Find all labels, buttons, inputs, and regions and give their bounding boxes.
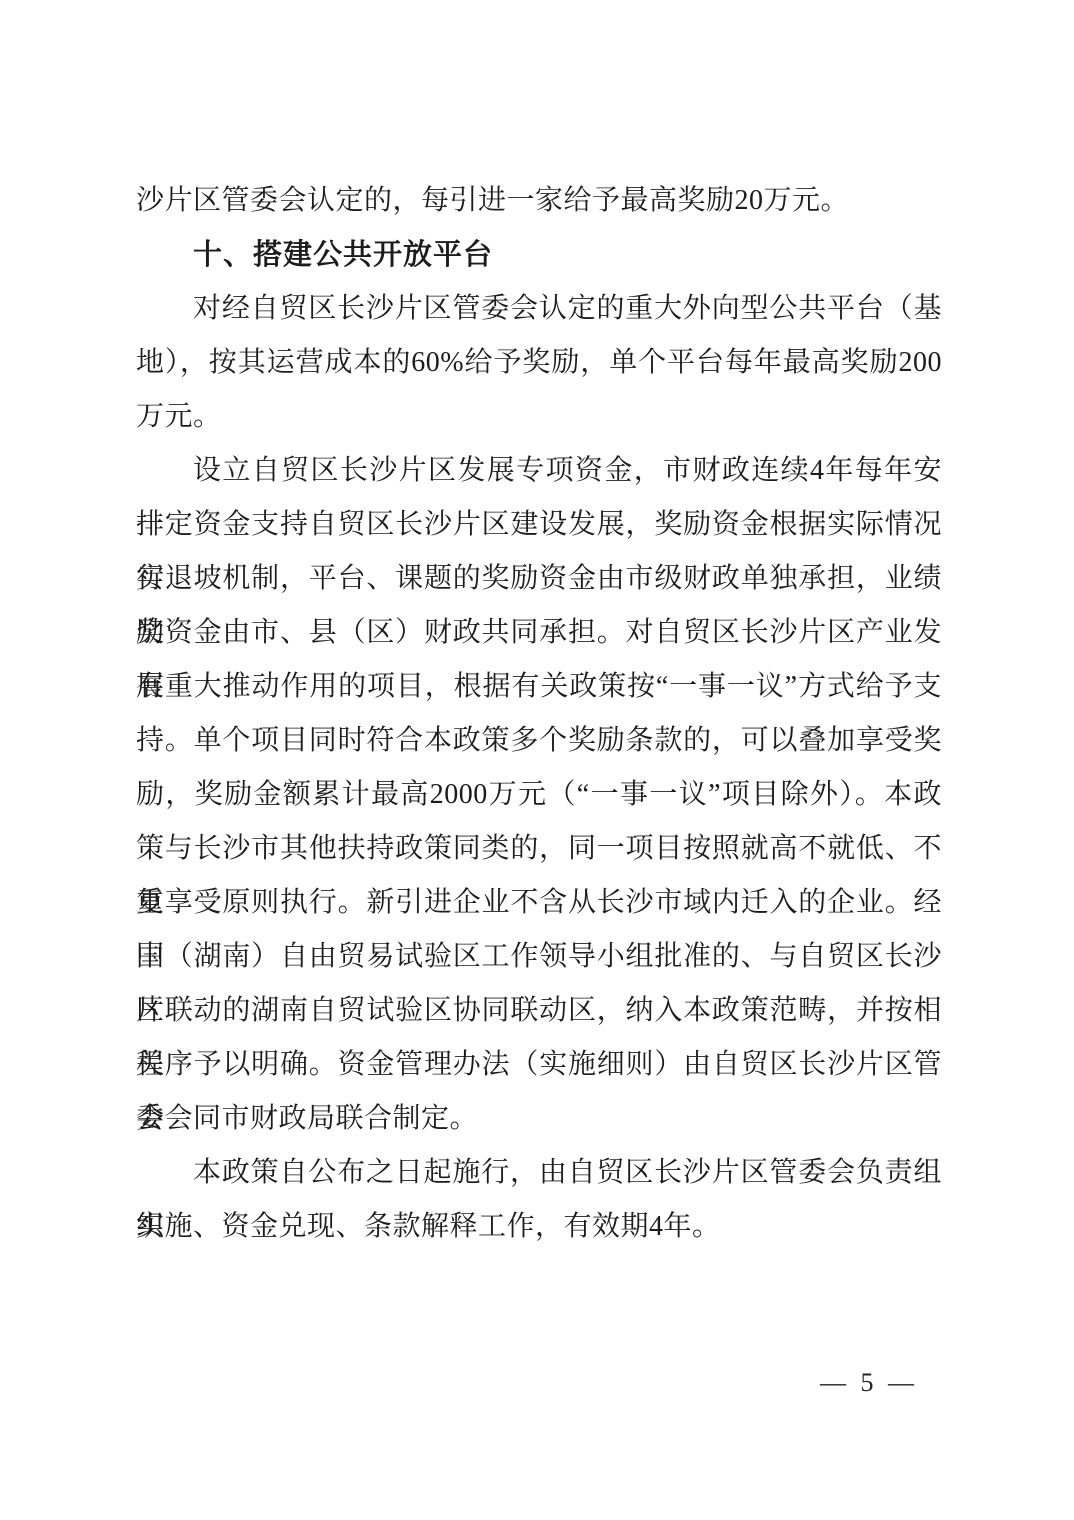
text-line: 励，奖励金额累计最高2000万元（“一事一议”项目除外）。本政 [136, 768, 942, 822]
text-line: 设立自贸区长沙片区发展专项资金，市财政连续4年每年安排 [136, 444, 942, 498]
text-line: 有重大推动作用的项目，根据有关政策按“一事一议”方式给予支 [136, 660, 942, 714]
text-line: 行退坡机制，平台、课题的奖励资金由市级财政单独承担，业绩奖 [136, 552, 942, 606]
text-line: 实施、资金兑现、条款解释工作，有效期4年。 [136, 1200, 942, 1254]
text-line: 万元。 [136, 390, 942, 444]
document-text-block: 沙片区管委会认定的，每引进一家给予最高奖励20万元。 十、搭建公共开放平台 对经… [136, 174, 942, 1254]
text-line: 对经自贸区长沙片区管委会认定的重大外向型公共平台（基 [136, 282, 942, 336]
page-number: — 5 — [820, 1368, 918, 1398]
text-line: 一定资金支持自贸区长沙片区建设发展，奖励资金根据实际情况实 [136, 498, 942, 552]
text-line: 策与长沙市其他扶持政策同类的，同一项目按照就高不就低、不重 [136, 822, 942, 876]
text-line: 程序予以明确。资金管理办法（实施细则）由自贸区长沙片区管委 [136, 1038, 942, 1092]
text-line: 国（湖南）自由贸易试验区工作领导小组批准的、与自贸区长沙片 [136, 930, 942, 984]
document-page: 沙片区管委会认定的，每引进一家给予最高奖励20万元。 十、搭建公共开放平台 对经… [0, 0, 1074, 1520]
text-line: 本政策自公布之日起施行，由自贸区长沙片区管委会负责组织 [136, 1146, 942, 1200]
text-line: 励资金由市、县（区）财政共同承担。对自贸区长沙片区产业发展 [136, 606, 942, 660]
text-line: 沙片区管委会认定的，每引进一家给予最高奖励20万元。 [136, 174, 942, 228]
section-heading: 十、搭建公共开放平台 [136, 228, 942, 282]
text-line: 会会同市财政局联合制定。 [136, 1092, 942, 1146]
text-line: 区联动的湖南自贸试验区协同联动区，纳入本政策范畴，并按相关 [136, 984, 942, 1038]
text-line: 持。单个项目同时符合本政策多个奖励条款的，可以叠加享受奖 [136, 714, 942, 768]
text-line: 复享受原则执行。新引进企业不含从长沙市域内迁入的企业。经中 [136, 876, 942, 930]
text-line: 地），按其运营成本的60%给予奖励，单个平台每年最高奖励200 [136, 336, 942, 390]
